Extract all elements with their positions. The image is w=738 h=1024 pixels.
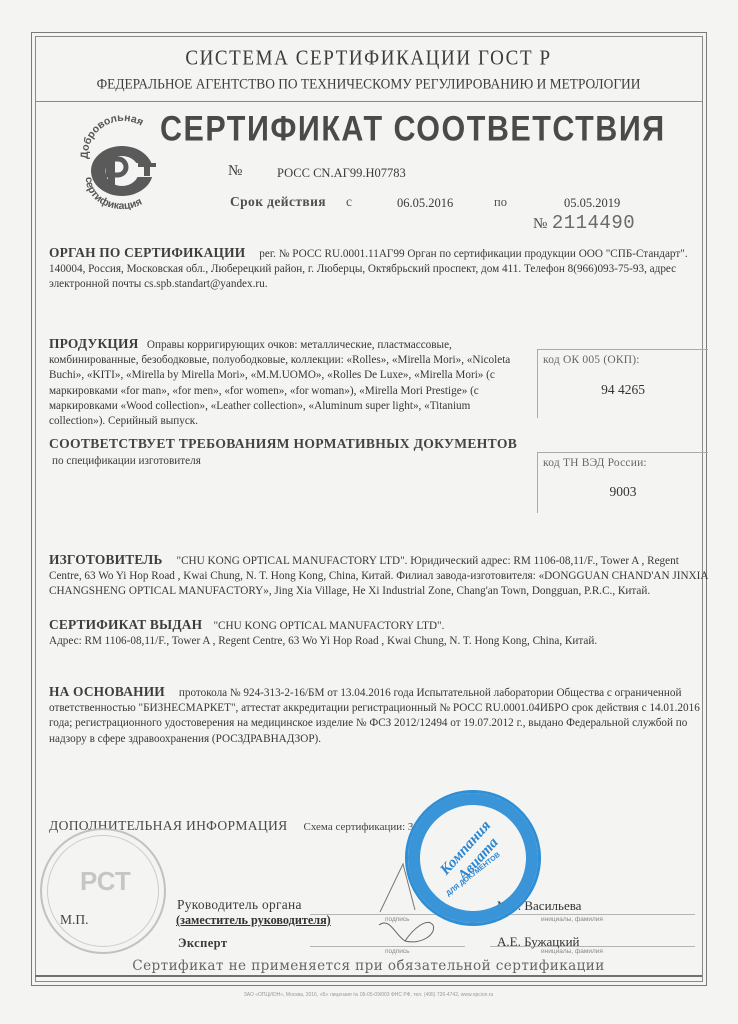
- seal-rst-mark: РСТ: [80, 866, 131, 897]
- okp-code-value: 94 4265: [538, 382, 708, 398]
- issued-to-name: "CHU KONG OPTICAL MANUFACTORY LTD".: [213, 620, 444, 632]
- head-of-body-label: Руководитель органа: [177, 897, 302, 913]
- footer-divider: [35, 975, 702, 977]
- voluntary-only-note: Сертификат не применяется при обязательн…: [35, 958, 702, 974]
- tnved-code-label: код ТН ВЭД России:: [543, 457, 647, 469]
- certification-body-section: ОРГАН ПО СЕРТИФИКАЦИИ рег. № РОСС RU.000…: [49, 245, 701, 293]
- blank-serial-number: №2114490: [533, 212, 635, 234]
- product-text: Оправы корригирующих очков: металлически…: [49, 339, 510, 427]
- certification-body-heading: ОРГАН ПО СЕРТИФИКАЦИИ: [49, 245, 245, 260]
- product-heading: ПРОДУКЦИЯ: [49, 336, 138, 351]
- valid-from-date: 06.05.2016: [397, 196, 453, 211]
- manufacturer-section: ИЗГОТОВИТЕЛЬ "CHU KONG OPTICAL MANUFACTO…: [49, 552, 709, 600]
- certification-scheme: Схема сертификации: 3: [303, 821, 413, 833]
- blank-number-value: 2114490: [552, 212, 635, 234]
- seal-place-label: М.П.: [60, 912, 89, 928]
- conformity-text: по спецификации изготовителя: [52, 455, 201, 467]
- blank-number-sign: №: [533, 216, 548, 232]
- manufacturer-heading: ИЗГОТОВИТЕЛЬ: [49, 552, 163, 567]
- expert-label: Эксперт: [178, 936, 227, 951]
- tnved-code-value: 9003: [538, 484, 708, 500]
- expert-signature-caption: подпись: [385, 948, 410, 955]
- tnved-code-box: код ТН ВЭД России: 9003: [537, 452, 708, 513]
- issued-to-heading: СЕРТИФИКАТ ВЫДАН: [49, 617, 202, 632]
- printer-imprint: ЗАО «ОПЦИОН», Москва, 2016, «Б» лицензия…: [35, 992, 702, 998]
- system-title: СИСТЕМА СЕРТИФИКАЦИИ ГОСТ Р: [35, 47, 702, 72]
- basis-heading: НА ОСНОВАНИИ: [49, 684, 165, 699]
- valid-to-date: 05.05.2019: [564, 196, 620, 211]
- certification-body-seal: РСТ: [40, 828, 166, 954]
- basis-section: НА ОСНОВАНИИ протокола № 924-313-2-16/БМ…: [49, 684, 709, 747]
- issued-to-section: СЕРТИФИКАТ ВЫДАН "CHU KONG OPTICAL MANUF…: [49, 617, 709, 649]
- blue-stamp-company: Компания Авиата: [428, 808, 516, 901]
- agency-name: ФЕДЕРАЛЬНОЕ АГЕНТСТВО ПО ТЕХНИЧЕСКОМУ РЕ…: [35, 75, 702, 93]
- validity-to-label: по: [494, 195, 507, 210]
- validity-label: Срок действия: [230, 194, 326, 210]
- deputy-label: (заместитель руководителя): [176, 913, 331, 928]
- validity-from-label: с: [346, 194, 352, 210]
- conformity-heading: СООТВЕТСТВУЕТ ТРЕБОВАНИЯМ НОРМАТИВНЫХ ДО…: [49, 436, 517, 452]
- head-initials-caption: инициалы, фамилия: [541, 916, 603, 923]
- okp-code-box: код ОК 005 (ОКП): 94 4265: [537, 349, 708, 418]
- head-name-line: [490, 914, 695, 915]
- expert-name: А.Е. Бужацкий: [497, 934, 580, 950]
- okp-code-label: код ОК 005 (ОКП):: [543, 354, 640, 366]
- certificate-number: РОСС CN.АГ99.Н07783: [277, 166, 406, 181]
- certificate-title: СЕРТИФИКАТ СООТВЕТСТВИЯ: [160, 109, 666, 149]
- issued-to-address: Адрес: RM 1106-08,11/F., Tower A , Regen…: [49, 635, 597, 647]
- header-divider: [35, 101, 702, 102]
- product-section: ПРОДУКЦИЯ Оправы корригирующих очков: ме…: [49, 336, 519, 429]
- number-sign: №: [228, 163, 242, 180]
- expert-signature-scribble: [375, 915, 445, 947]
